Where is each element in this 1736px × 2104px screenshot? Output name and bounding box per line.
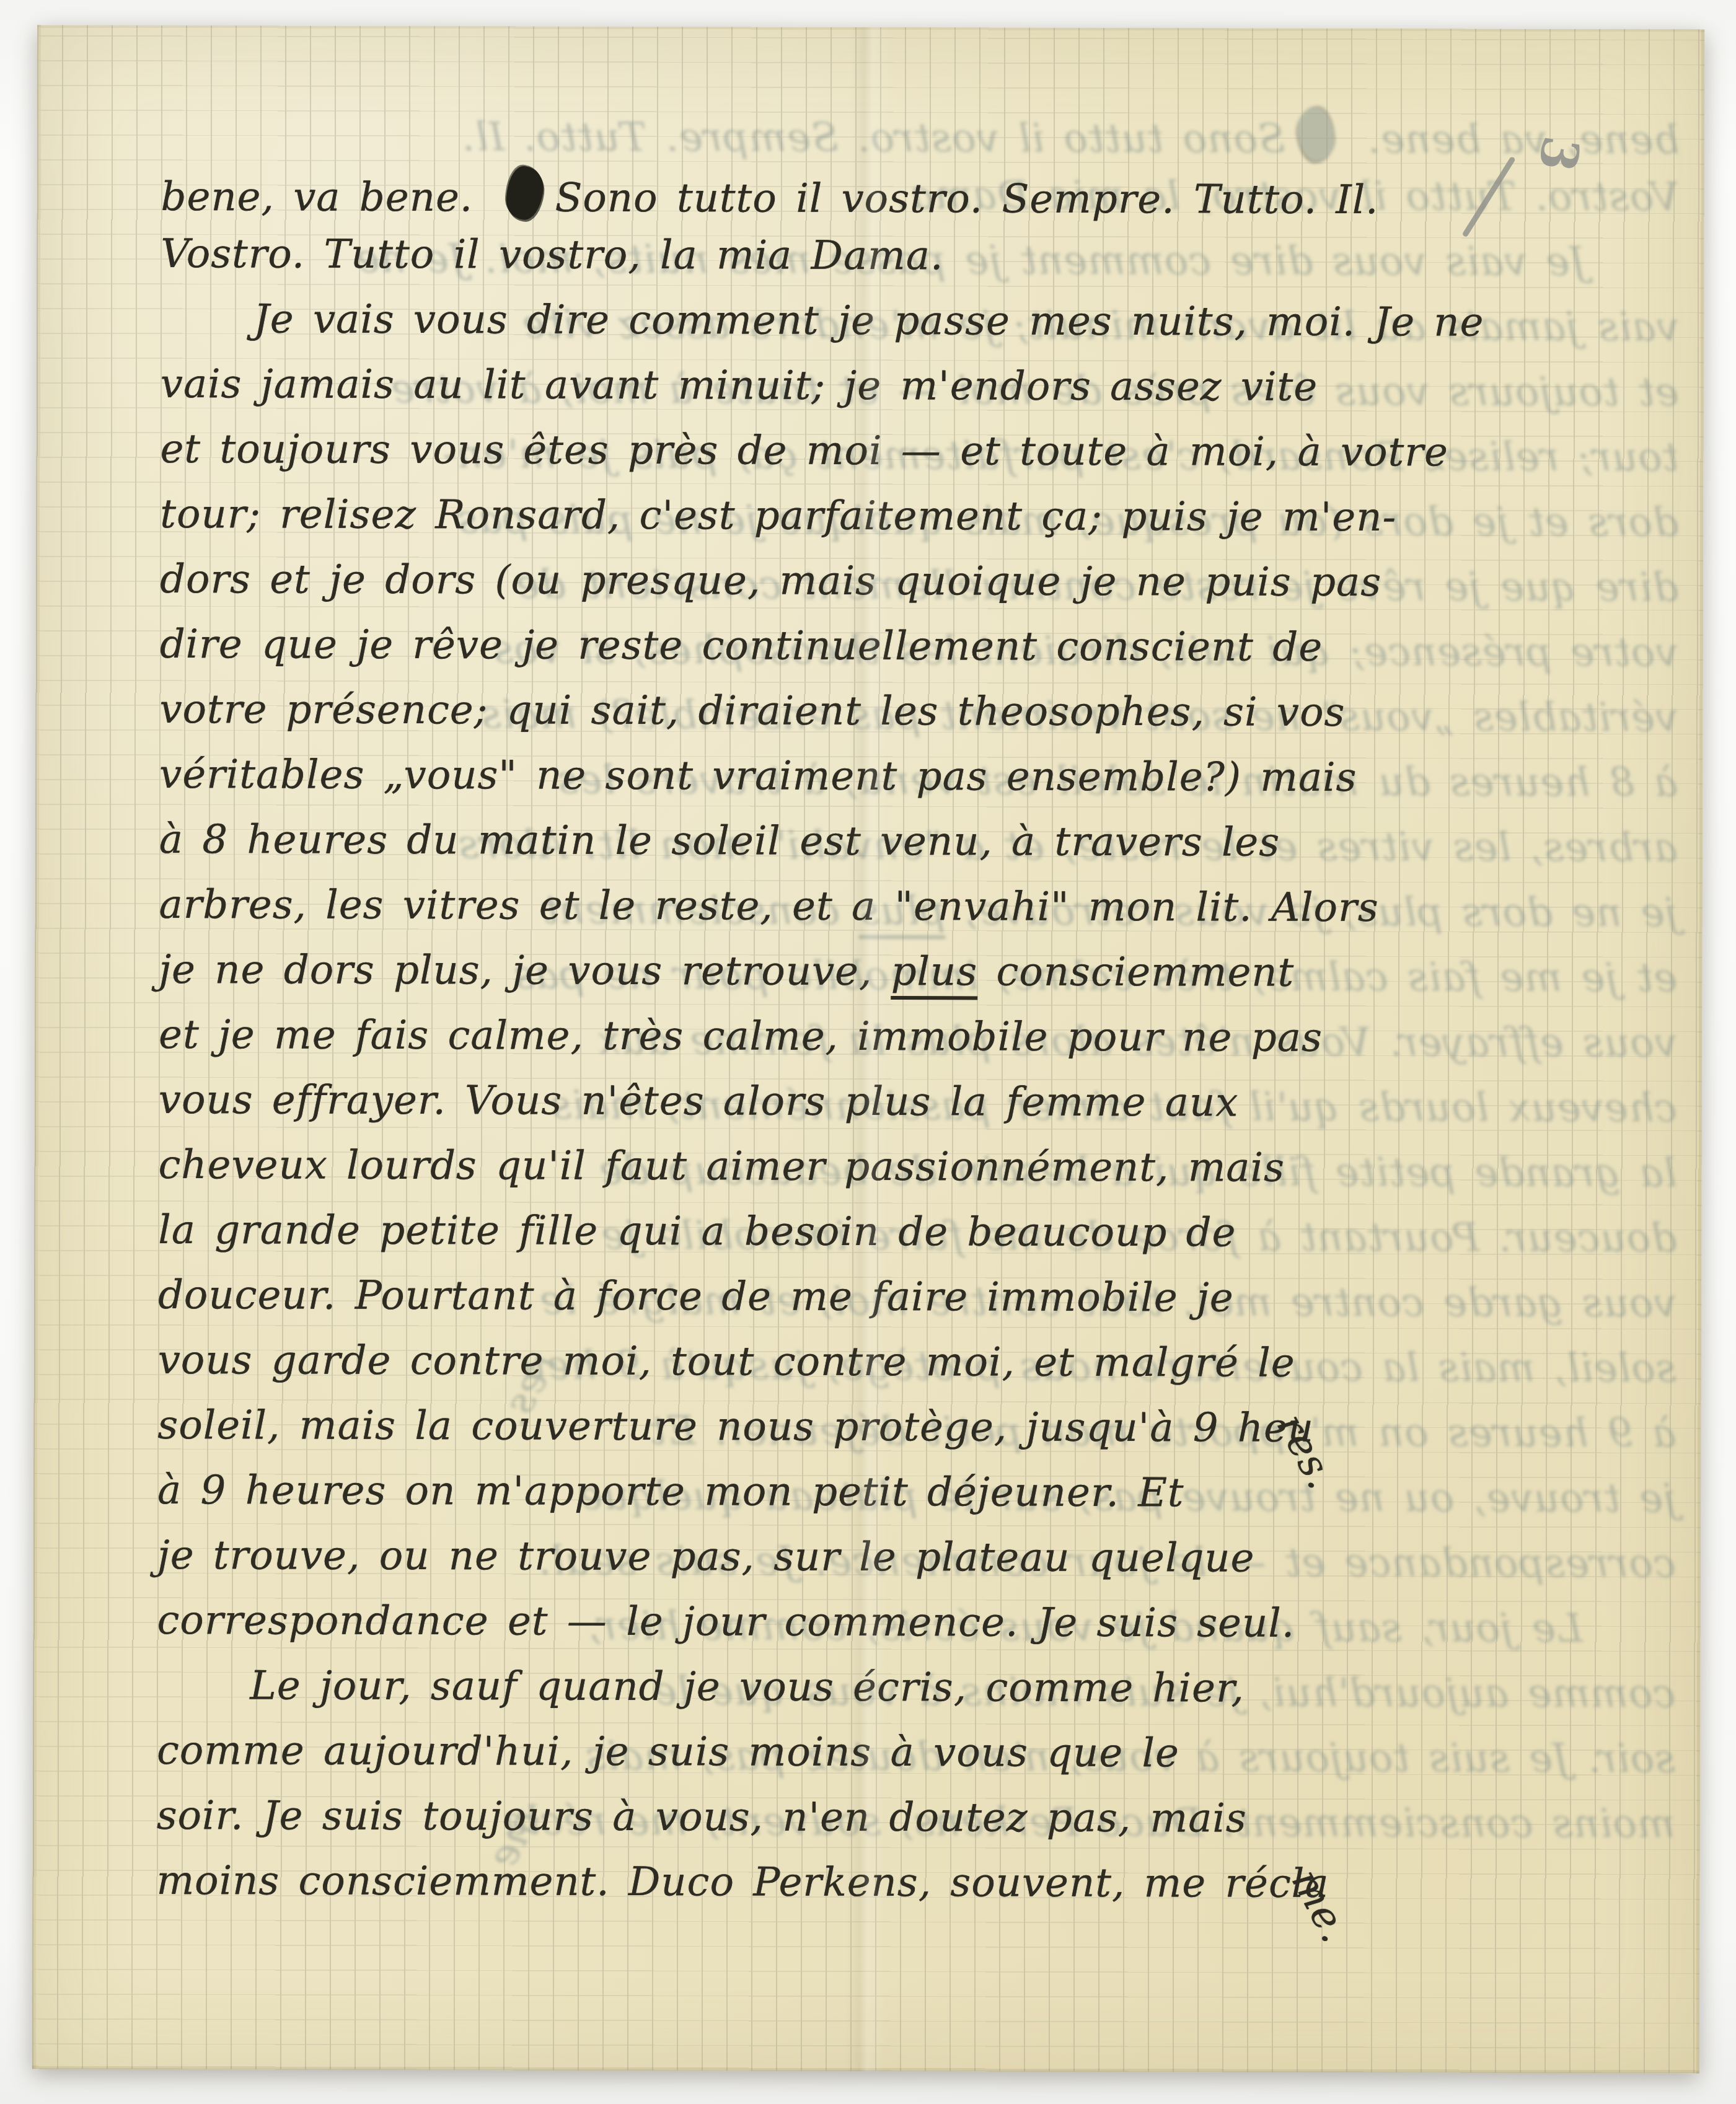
scan-background: { "document_type": "handwritten letter p… xyxy=(0,0,1736,2104)
line-text: comme aujourd'hui, je suis moins à vous … xyxy=(157,1728,1179,1776)
line-text: et je me fais calme, très calme, immobil… xyxy=(159,1012,1323,1061)
line-text: dors et je dors (ou presque, mais quoiqu… xyxy=(160,557,1381,605)
line-text: moins consciemment. Duco Perkens, souven… xyxy=(156,1858,1329,1907)
line-text: vous effrayer. Vous n'êtes alors plus la… xyxy=(159,1077,1239,1126)
line-text: votre présence; qui sait, diraient les t… xyxy=(159,687,1345,736)
letter-line: je ne dors plus, je vous retrouve, plus … xyxy=(159,938,1646,1006)
letter-line: je trouve, ou ne trouve pas, sur le plat… xyxy=(157,1523,1645,1592)
letter-line: correspondance et — le jour commence. Je… xyxy=(157,1588,1644,1657)
letter-line: cheveux lourds qu'il faut aimer passionn… xyxy=(158,1133,1646,1202)
letter-line: douceur. Pourtant à force de me faire im… xyxy=(158,1263,1646,1332)
letter-line: soleil, mais la couverture nous protège,… xyxy=(157,1393,1645,1462)
letter-line: moins consciemment. Duco Perkens, souven… xyxy=(156,1849,1644,1917)
letter-line: Je vais vous dire comment je passe mes n… xyxy=(161,287,1648,356)
line-text: Je vais vous dire comment je passe mes n… xyxy=(253,296,1484,345)
line-text: correspondance et — le jour commence. Je… xyxy=(157,1598,1295,1647)
line-text: et toujours vous êtes près de moi — et t… xyxy=(160,426,1448,475)
line-text: consciemment xyxy=(977,949,1294,995)
letter-line: et je me fais calme, très calme, immobil… xyxy=(159,1003,1646,1072)
letter-line: vous effrayer. Vous n'êtes alors plus la… xyxy=(159,1068,1646,1137)
line-text: cheveux lourds qu'il faut aimer passionn… xyxy=(158,1142,1285,1191)
letter-paper: bene, va bene. Sono tutto il vostro. Sem… xyxy=(32,25,1705,2073)
letter-line: dors et je dors (ou presque, mais quoiqu… xyxy=(160,547,1647,616)
letter-line: et toujours vous êtes près de moi — et t… xyxy=(160,417,1647,486)
line-text: dire que je rêve je reste continuellemen… xyxy=(160,622,1323,671)
letter-line: vous garde contre moi, tout contre moi, … xyxy=(158,1328,1646,1397)
line-text: je trouve, ou ne trouve pas, sur le plat… xyxy=(157,1533,1255,1582)
line-text: soir. Je suis toujours à vous, n'en dout… xyxy=(157,1793,1247,1842)
line-text: à 9 heures on m'apporte mon petit déjeun… xyxy=(157,1468,1184,1516)
line-text: soleil, mais la couverture nous protège,… xyxy=(157,1402,1314,1451)
line-text: douceur. Pourtant à force de me faire im… xyxy=(158,1272,1234,1321)
letter-line: votre présence; qui sait, diraient les t… xyxy=(159,677,1647,746)
line-text: tour; relisez Ronsard, c'est parfaitemen… xyxy=(160,491,1396,540)
letter-line: comme aujourd'hui, je suis moins à vous … xyxy=(157,1719,1644,1787)
ink-blot xyxy=(504,164,546,222)
letter-line: Vostro. Tutto il vostro, la mia Dama. xyxy=(161,222,1648,291)
letter-line: vais jamais au lit avant minuit; je m'en… xyxy=(161,352,1648,421)
line-text: Sono tutto il vostro. Sempre. Tutto. Il. xyxy=(555,175,1378,223)
letter-line: la grande petite fille qui a besoin de b… xyxy=(158,1198,1646,1267)
letter-line: soir. Je suis toujours à vous, n'en dout… xyxy=(157,1784,1644,1852)
line-text: véritables „vous" ne sont vraiment pas e… xyxy=(159,752,1357,801)
line-text: bene, va bene. xyxy=(161,174,491,221)
line-text: la grande petite fille qui a besoin de b… xyxy=(158,1207,1236,1256)
letter-line: véritables „vous" ne sont vraiment pas e… xyxy=(159,742,1647,811)
letter-line: tour; relisez Ronsard, c'est parfaitemen… xyxy=(160,482,1647,551)
letter-line: dire que je rêve je reste continuellemen… xyxy=(160,612,1647,681)
line-text: vais jamais au lit avant minuit; je m'en… xyxy=(161,361,1318,410)
letter-line: à 9 heures on m'apporte mon petit déjeun… xyxy=(157,1458,1645,1527)
letter-line: Le jour, sauf quand je vous écris, comme… xyxy=(157,1653,1644,1722)
line-text: à 8 heures du matin le soleil est venu, … xyxy=(159,817,1280,866)
underlined-word: plus xyxy=(891,949,978,1000)
letter-line: bene, va bene. Sono tutto il vostro. Sem… xyxy=(161,157,1648,226)
letter-line: à 8 heures du matin le soleil est venu, … xyxy=(159,808,1647,876)
text-layer: bene, va bene. Sono tutto il vostro. Sem… xyxy=(156,157,1648,1917)
line-text: Le jour, sauf quand je vous écris, comme… xyxy=(250,1663,1245,1711)
line-text: Vostro. Tutto il vostro, la mia Dama. xyxy=(161,231,943,279)
line-text: vous garde contre moi, tout contre moi, … xyxy=(158,1337,1295,1386)
line-text: je ne dors plus, je vous retrouve, xyxy=(159,947,891,995)
letter-line: arbres, les vitres et le reste, et a "en… xyxy=(159,873,1646,941)
line-text: arbres, les vitres et le reste, et a "en… xyxy=(159,882,1379,931)
